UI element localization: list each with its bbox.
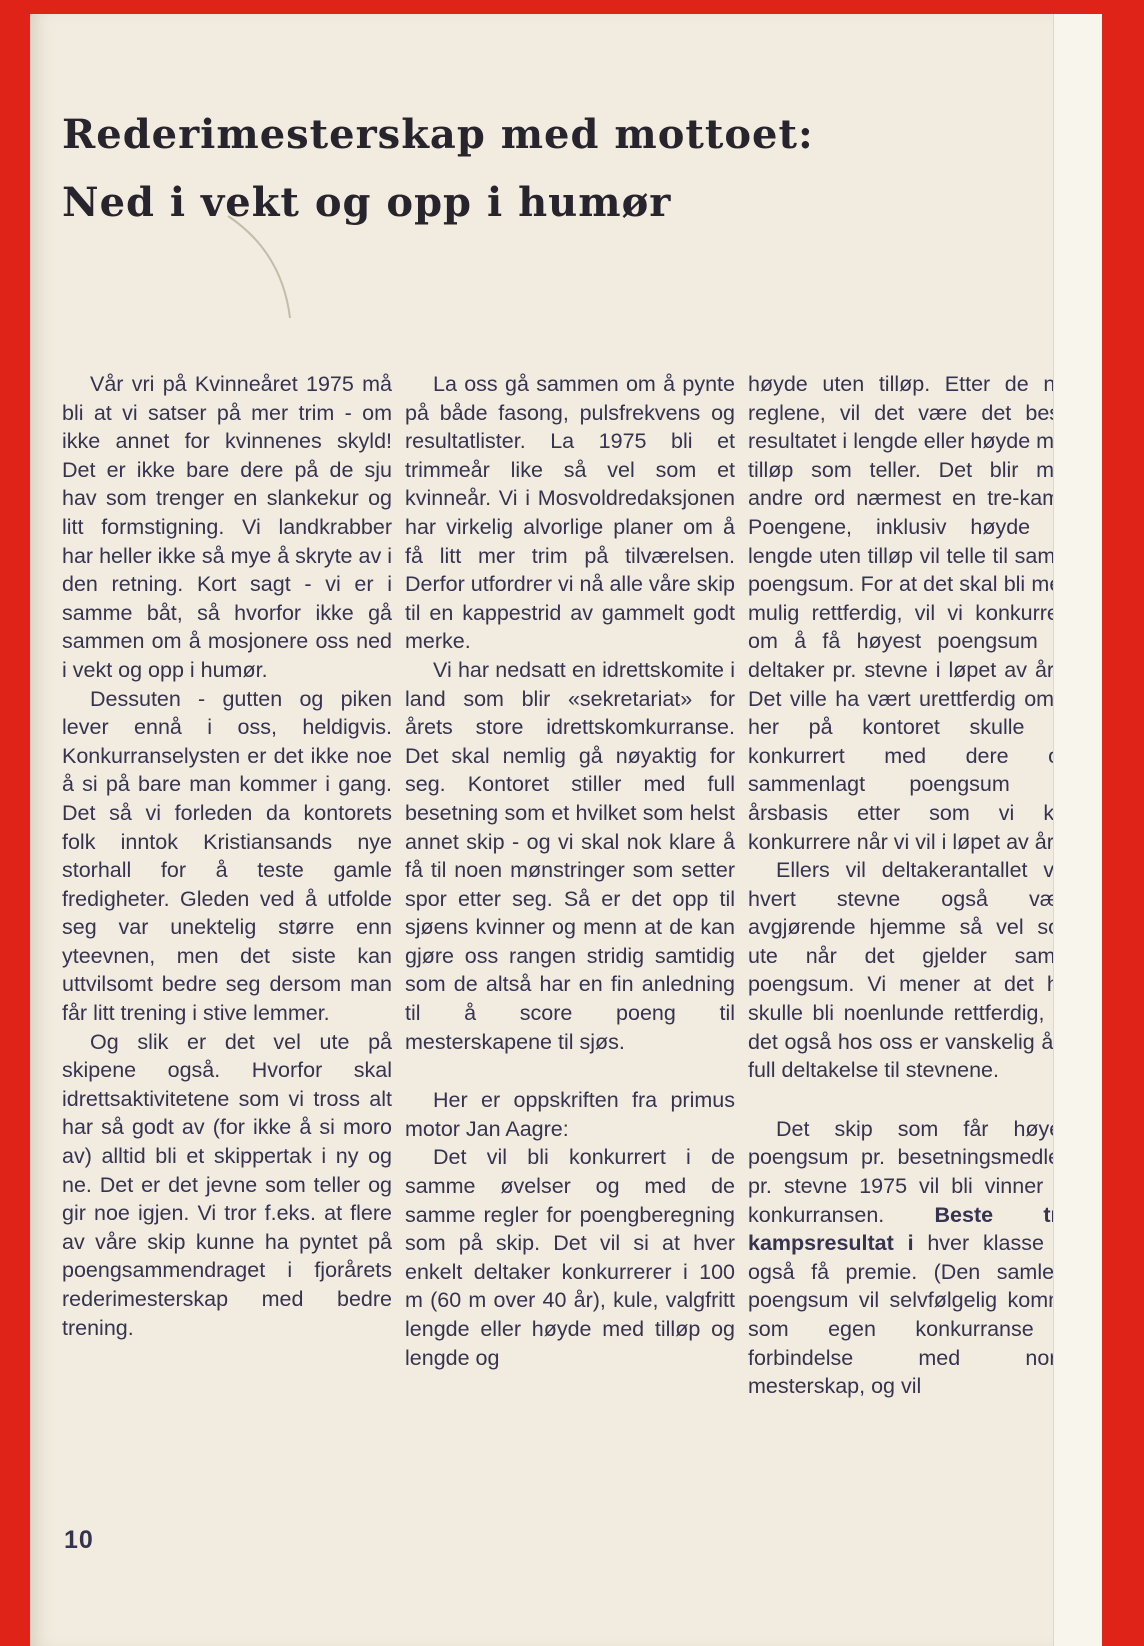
paragraph: Og slik er det vel ute på skipene også. … <box>62 1028 392 1343</box>
paragraph: Ellers vil deltakerantallet ved hvert st… <box>748 856 1078 1085</box>
headline-line-1: Rederimesterskap med mottoet: <box>62 111 814 158</box>
paragraph: Dessuten - gutten og piken lever ennå i … <box>62 685 392 1028</box>
paragraph: Det vil bli konkurrert i de samme øvelse… <box>405 1143 735 1372</box>
paragraph: Det skip som får høyest poengsum pr. bes… <box>748 1115 1078 1401</box>
scan-artifact-curve <box>210 214 320 324</box>
paragraph: høyde uten tilløp. Etter de nye reglene,… <box>748 370 1078 856</box>
paragraph: Her er oppskriften fra primus motor Jan … <box>405 1086 735 1143</box>
adjacent-page-edge <box>1053 0 1102 1646</box>
page-number: 10 <box>64 1526 94 1555</box>
column-3: høyde uten tilløp. Etter de nye reglene,… <box>748 370 1078 1401</box>
red-border-top <box>0 0 1144 14</box>
article-columns: Vår vri på Kvinneåret 1975 må bli at vi … <box>62 370 1064 1401</box>
red-border-left <box>0 0 30 1646</box>
red-border-right <box>1102 0 1144 1646</box>
paragraph-segment: hver klasse vil også få premie. (Den sam… <box>748 1231 1078 1398</box>
column-1: Vår vri på Kvinneåret 1975 må bli at vi … <box>62 370 392 1401</box>
paragraph: Vår vri på Kvinneåret 1975 må bli at vi … <box>62 370 392 685</box>
paragraph: La oss gå sammen om å pynte på både faso… <box>405 370 735 656</box>
column-2: La oss gå sammen om å pynte på både faso… <box>405 370 735 1401</box>
headline-line-2: Ned i vekt og opp i humør <box>62 183 1034 223</box>
paper-page: Rederimesterskap med mottoet: Ned i vekt… <box>30 14 1054 1646</box>
article-headline: Rederimesterskap med mottoet: Ned i vekt… <box>62 115 1034 223</box>
paragraph: Vi har nedsatt en idrettskomite i land s… <box>405 656 735 1056</box>
